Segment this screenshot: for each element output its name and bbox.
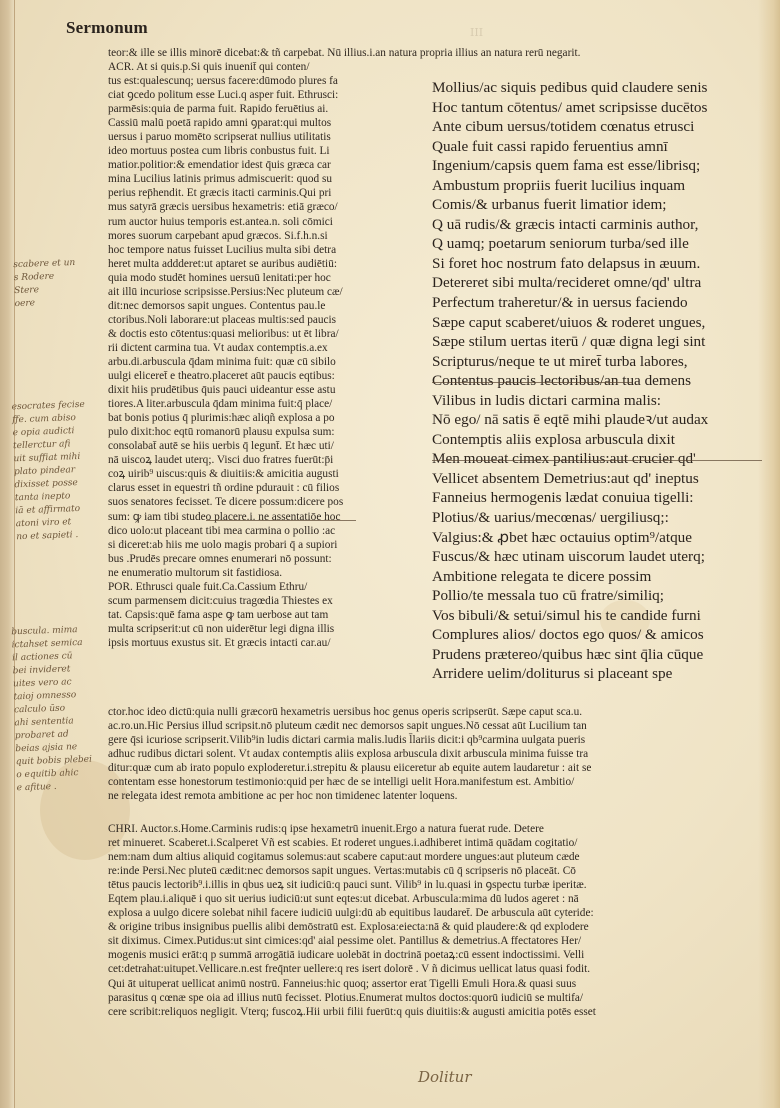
text-line: quia modo studēt homines uersuū lenitati… <box>108 271 428 285</box>
text-line: cet:detrahat:uitupet.Vellicare.n.est fre… <box>108 962 768 976</box>
text-line: rii dictent carmina tua. Vt audax contem… <box>108 341 428 355</box>
text-line: Valgius:& ꝓbet hæc octauius optim⁹/atque <box>432 528 767 548</box>
text-line: rum auctor huius temporis est.antea.n. s… <box>108 215 428 229</box>
text-line: Comis/& urbanus fuerit limatior idem; <box>432 195 767 215</box>
text-line: ctor.hoc ideo dictū:quia nulli græcorū h… <box>108 705 768 719</box>
text-line: Vilibus in ludis dictari carmina malis: <box>432 391 767 411</box>
commentary-left-column: ACR. At si quis.p.Si quis inuenit̄ qui c… <box>108 60 428 650</box>
text-line: arbu.di.arbuscula q̄dam minima fuit: quæ… <box>108 355 428 369</box>
text-line: parasitus q cœnæ spe oia ad illius nutū … <box>108 991 768 1005</box>
text-line: teor:& ille se illis minorē dicebat:& tñ… <box>108 46 580 60</box>
text-line: CHRI. Auctor.s.Home.Carminis rudis:q ips… <box>108 822 768 836</box>
text-line: Perfectum traheretur/& in uersus faciend… <box>432 293 767 313</box>
text-line: Vellicet absentem Demetrius:aut qd' inep… <box>432 469 767 489</box>
text-line: Sæpe stilum uertas iterū / quæ digna leg… <box>432 332 767 352</box>
ink-underline <box>432 382 632 383</box>
ink-underline <box>432 460 762 461</box>
text-line: heret multa addderet:ut aptaret se aurib… <box>108 257 428 271</box>
text-line: uersus i paruo momēto scripserat nullius… <box>108 130 428 144</box>
running-head: Sermonum <box>66 18 148 38</box>
text-line: Contemptis aliis explosa arbuscula dixit <box>432 430 767 450</box>
text-line: re:inde Persi.Nec pluteū cædit:nec demor… <box>108 864 768 878</box>
text-line: Ambustum propriis fuerit lucilius inquam <box>432 176 767 196</box>
text-line: Sæpe caput scaberet/uiuos & roderet ungu… <box>432 313 767 333</box>
text-line: adhuc rudibus dictari solent. Vt audax c… <box>108 747 768 761</box>
text-line: consolabat̄ autē se hiis uerbis q̄ legun… <box>108 439 428 453</box>
text-line: scabere et un <box>13 257 75 272</box>
marginalia-handwritten-2: esocrates feciseffe. cum abisoe opia aud… <box>12 399 90 544</box>
text-line: ne enumeratio multorum sit fastidiosa. <box>108 566 428 580</box>
text-line: e afitue . <box>17 780 94 796</box>
text-line: scum parmensem dicit:cuius tragœdia Thie… <box>108 594 428 608</box>
text-line: Plotius/& uarius/mecœnas/ uergiliusq;: <box>432 508 767 528</box>
text-line: ipsis mortuus exustus sit. Et græcis int… <box>108 636 428 650</box>
text-line: multa scripserit:ut cū non uiderētur leg… <box>108 622 428 636</box>
binding-edge <box>0 0 15 1108</box>
text-line: no et sapieti . <box>16 529 89 545</box>
text-line: Ante cibum uersus/totidem cœnatus etrusc… <box>432 117 767 137</box>
text-line: Ambitione relegata te dicere possim <box>432 567 767 587</box>
text-line: ditur:quæ cum ab irato populo exploderet… <box>108 761 768 775</box>
text-line: mores suorum carpebant apud græcos. Si.f… <box>108 229 428 243</box>
text-line: Complures alios/ doctos ego quos/ & amic… <box>432 625 767 645</box>
text-line: bus .Prudēs precare omnes enumerari nō p… <box>108 552 428 566</box>
text-line: matior.politior:& emendatior idest q̄uis… <box>108 158 428 172</box>
text-line: tētus paucis lectorib⁹.i.illis in qbus u… <box>108 878 768 892</box>
text-line: sit diximus. Cimex.Putidus:ut sint cimic… <box>108 934 768 948</box>
verse-column: Mollius/ac siquis pedibus quid claudere … <box>432 78 767 684</box>
text-line: si diceret:ab hiis me uolo magis probari… <box>108 538 428 552</box>
text-line: nem:nam dum altius aliquid cogitamus sol… <box>108 850 768 864</box>
text-line: dixisset posse <box>14 477 87 493</box>
text-line: hoc tempore natus fuisset Lucilius multa… <box>108 243 428 257</box>
commentary-full-width-1: ctor.hoc ideo dictū:quia nulli græcorū h… <box>108 705 768 803</box>
text-line: pulo dixit:hoc eqtū romanorū plausu expu… <box>108 425 428 439</box>
text-line: Vos bibuli/& setui/simul his te candide … <box>432 606 767 626</box>
text-line: ffe. cum abiso <box>12 412 85 428</box>
text-line: POR. Ethrusci quale fuit.Ca.Cassium Ethr… <box>108 580 428 594</box>
text-line: Arridere uelim/doliturus si placeant spe <box>432 664 767 684</box>
text-line: Si foret hoc nostrum fato delapsus in æu… <box>432 254 767 274</box>
text-line: ciat ꝯcedo politum esse Luci.q asper fui… <box>108 88 428 102</box>
text-line: Fanneius hermogenis lædat conuiua tigell… <box>432 488 767 508</box>
text-line: dit:nec demorsos sapit ungues. Contentus… <box>108 299 428 313</box>
text-line: Q uā rudis/& græcis intacti carminis aut… <box>432 215 767 235</box>
text-line: dixit hiis prudētibus q̄uis pauci uidean… <box>108 383 428 397</box>
text-line: Fuscus/& hæc utinam uiscorum laudet uter… <box>432 547 767 567</box>
text-line: ACR. At si quis.p.Si quis inuenit̄ qui c… <box>108 60 428 74</box>
text-line: Pollio/te messala tuo cū fratre/similiq; <box>432 586 767 606</box>
text-line: perius rep̄hendit. Et græcis itacti carm… <box>108 186 428 200</box>
text-line: bat bonis potius q̄ plurimis:hæc aliqñ e… <box>108 411 428 425</box>
text-line: mogenis musici erāt:q p summā arrogātiā … <box>108 948 768 962</box>
text-line: Prudens prætereo/quibus hæc sint q̄lia c… <box>432 645 767 665</box>
text-line: & origine tribus insignibus puellis alib… <box>108 920 768 934</box>
commentary-full-width-2: CHRI. Auctor.s.Home.Carminis rudis:q ips… <box>108 822 768 1019</box>
text-line: & doctis esto cōtentus:quasi melioribus:… <box>108 327 428 341</box>
book-page: Sermonum III teor:& ille se illis minorē… <box>0 0 780 1108</box>
text-line: cere scribit:reliquos negligit. Vterq; f… <box>108 1005 768 1019</box>
text-line: gere q̄si icuriose scripserit.Vilib⁹in l… <box>108 733 768 747</box>
text-line: suos senatores fecisset. Te dicere possu… <box>108 495 428 509</box>
marginalia-handwritten-3: buscula. mimaictahset semicail actiones … <box>11 624 93 796</box>
text-line: Eqtem plau.i.aliquē i quo sit uerius iud… <box>108 892 768 906</box>
text-line: oere <box>14 296 76 311</box>
text-line: ne relegata idest remota ambitione ac pe… <box>108 789 768 803</box>
handwritten-signature: Dolitur <box>418 1068 472 1086</box>
text-line: ideo mortuus postea cum libris conbustus… <box>108 144 428 158</box>
folio-bleedthrough: III <box>470 26 483 39</box>
text-line: Quale fuit cassi rapido feruentius amnī <box>432 137 767 157</box>
text-line: contentam esse honestorum testimonio:qui… <box>108 775 768 789</box>
text-line: Hoc tantum cōtentus/ amet scripsisse duc… <box>432 98 767 118</box>
text-line: ait illū incuriose scripsisse.Persius:Ne… <box>108 285 428 299</box>
text-line: dico uolo:ut placeant tibi mea carmina o… <box>108 524 428 538</box>
text-line: nā uiscoꝝ laudet uterq;. Visci duo fratr… <box>108 453 428 467</box>
text-line: mina Lucilius latinis primus admiscuerit… <box>108 172 428 186</box>
marginalia-handwritten-1: scabere et uns RodereStereoere <box>13 257 77 311</box>
text-line: iā et affirmato <box>15 503 88 519</box>
text-line: tat. Capsis:quē fama aspe ꝙ tam uerbose … <box>108 608 428 622</box>
text-line: parmēsis:quia de parma fuit. Rapido feru… <box>108 102 428 116</box>
text-line: ctoribus.Noli laborare:ut placeas multis… <box>108 313 428 327</box>
text-line: Cassiū malū poetā rapido amni ꝯparat:qui… <box>108 116 428 130</box>
text-line: coꝝ uirib⁹ uiscus:quis & diuitiis:& amic… <box>108 467 428 481</box>
text-line: ret minueret. Scaberet.i.Scalperet Vñ es… <box>108 836 768 850</box>
commentary-top-line: teor:& ille se illis minorē dicebat:& tñ… <box>108 46 580 60</box>
text-line: tiores.A liter.arbuscula q̄dam minima fu… <box>108 397 428 411</box>
text-line: mus satyrā græcis uersibus hexametris: e… <box>108 200 428 214</box>
text-line: explosa a uulgo dicere solebat nihil fac… <box>108 906 768 920</box>
text-line: Detereret sibi multa/recideret omne/qd' … <box>432 273 767 293</box>
text-line: Mollius/ac siquis pedibus quid claudere … <box>432 78 767 98</box>
text-line: Q uamq; poetarum seniorum turba/sed ille <box>432 234 767 254</box>
text-line: Contentus paucis lectoribus/an tua demen… <box>432 371 767 391</box>
text-line: ac.ro.un.Hic Persius illud scripsit.nō p… <box>108 719 768 733</box>
text-line: uulgi eliceret̄ e theatro.placeret aūt p… <box>108 369 428 383</box>
ink-underline <box>206 520 356 521</box>
text-line: uit suffiat mihi <box>13 451 86 467</box>
text-line: Nō ego/ nā satis ē eqtē mihi plaudeꝛ/ut … <box>432 410 767 430</box>
text-line: sum: ꝙ iam tibi studeo placere.i. ne ass… <box>108 510 428 524</box>
text-line: clarus esset in equestri tñ ordine pdura… <box>108 481 428 495</box>
text-line: tus est:qualescunq; uersus facere:dūmodo… <box>108 74 428 88</box>
text-line: Scripturus/neque te ut miret̄ turba labo… <box>432 352 767 372</box>
text-line: Ingenium/capsis quem fama est esse/libri… <box>432 156 767 176</box>
text-line: Qui āt uituperat uellicat animū nostrū. … <box>108 977 768 991</box>
